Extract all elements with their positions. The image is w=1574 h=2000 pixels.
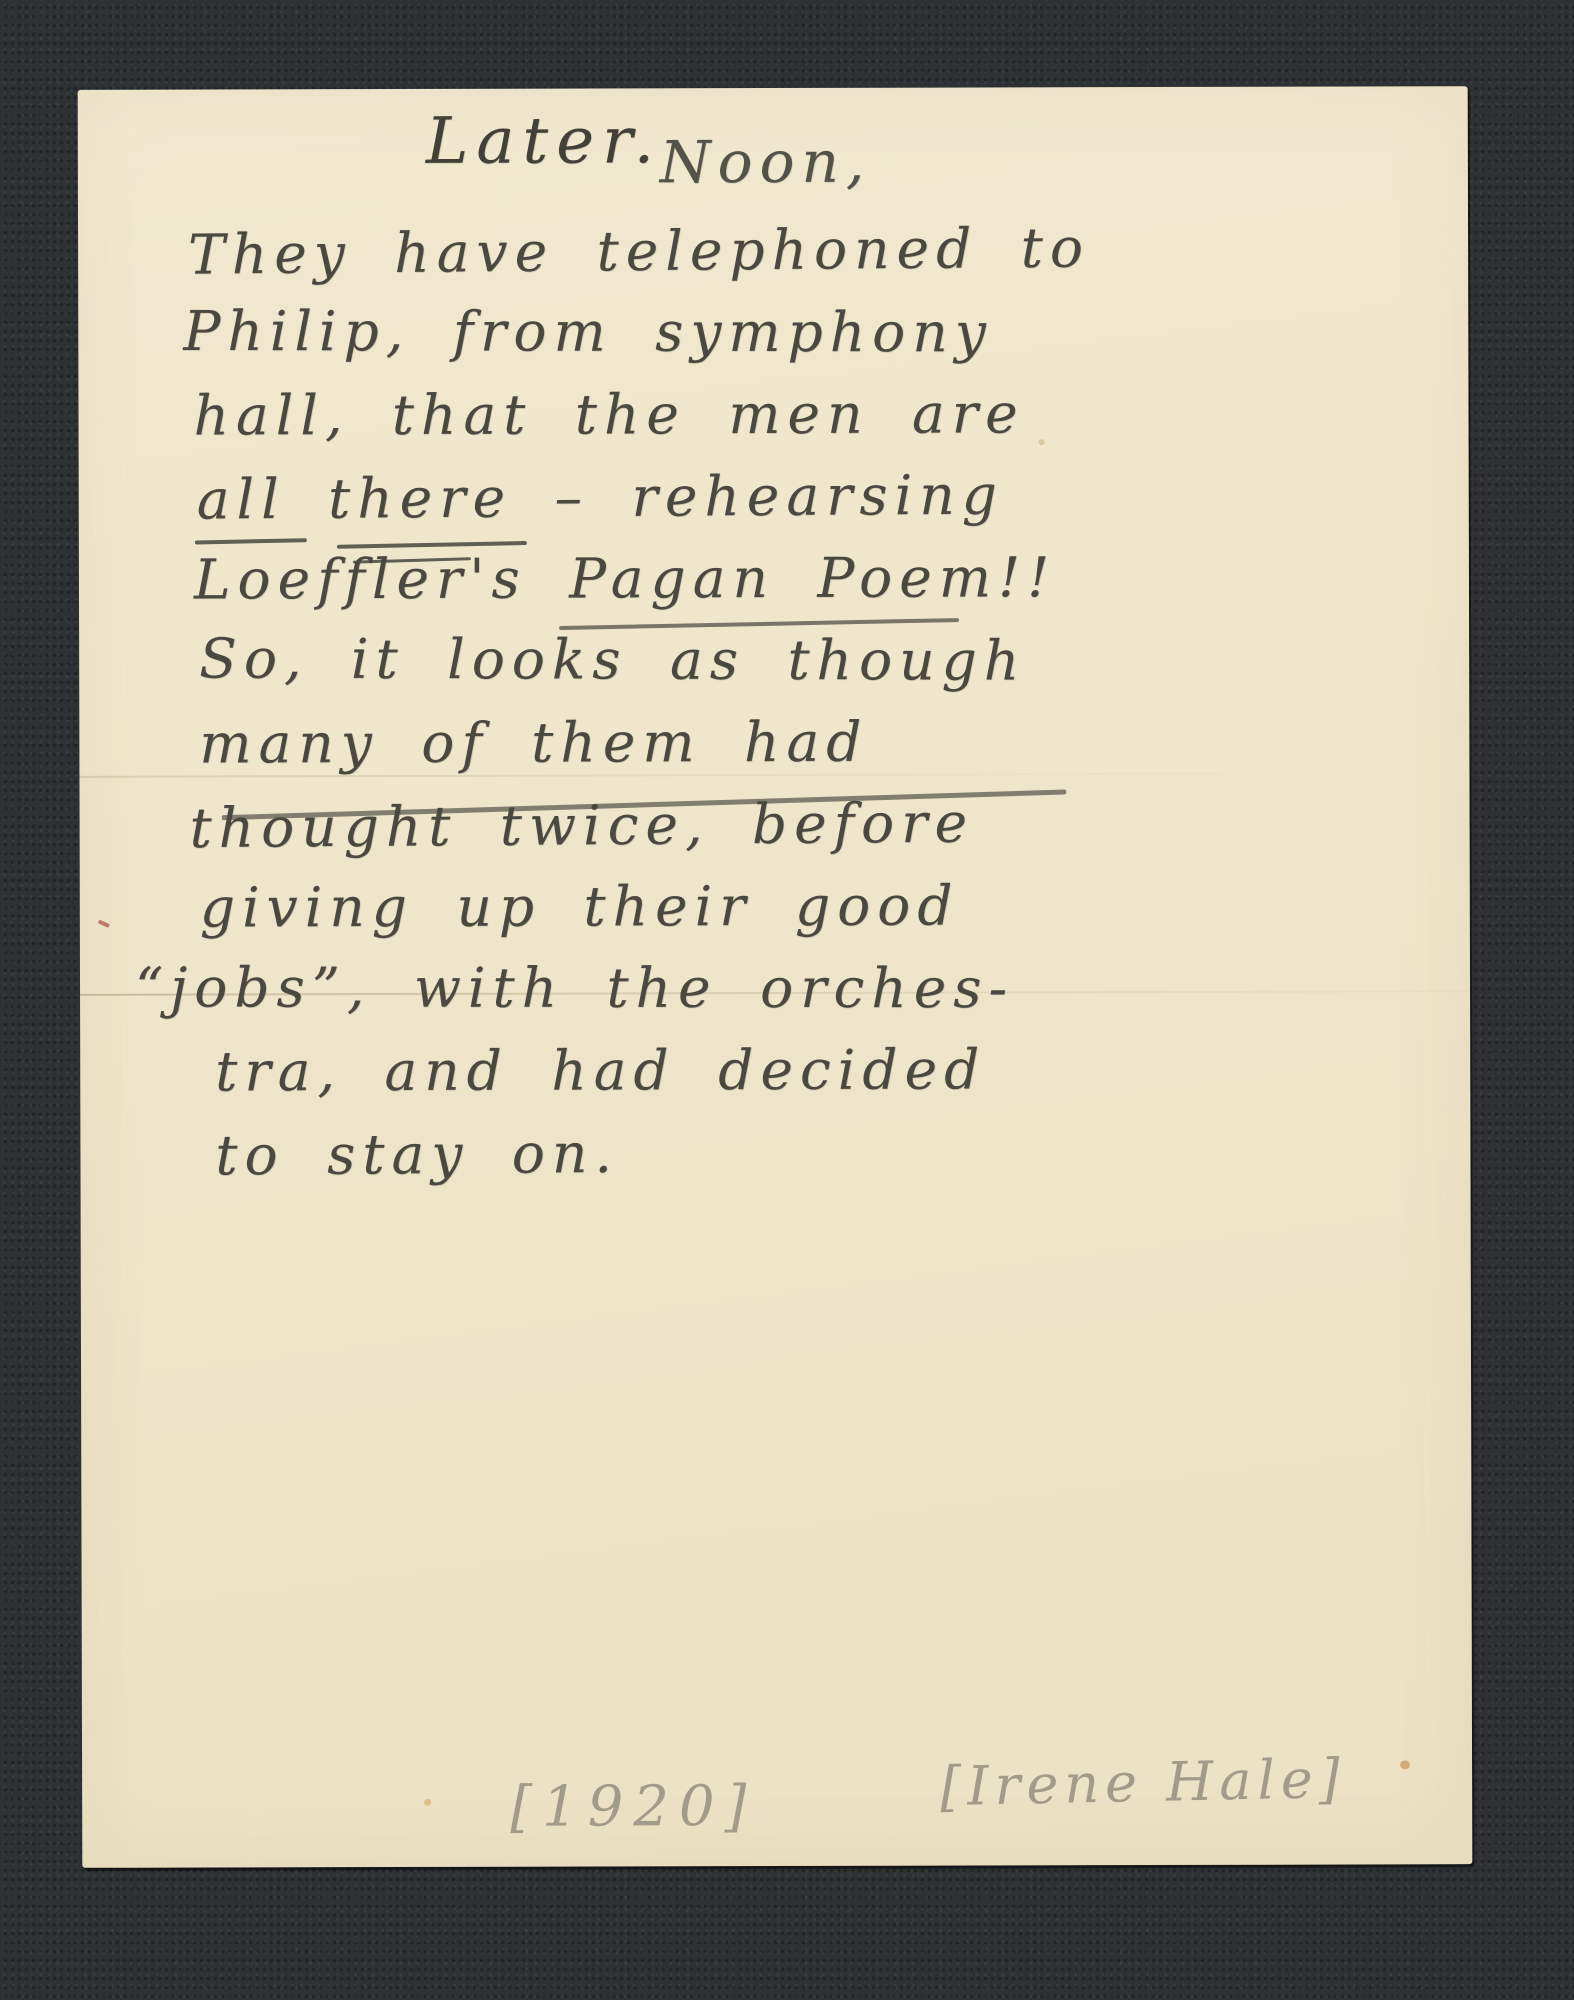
letter-line: hall, that the men are [78,380,1468,466]
letter-line: tra, and had decided [80,1036,1470,1122]
foxing-spot [1400,1760,1410,1769]
letter-line: “jobs”, with the orches- [80,955,1470,1038]
date-annotation: [1920] [510,1774,756,1840]
letter-line: all there – rehearsing [79,460,1469,550]
foxing-spot [424,1799,431,1806]
letter-line: Loeffler's Pagan Poem!! [79,544,1469,630]
letter-body: They have telephoned to Philip, from sym… [78,216,1471,1204]
foxing-spot [1039,439,1045,445]
photo-backdrop: Later. Noon, They have telephoned to Phi… [0,0,1574,2000]
letter-paper: Later. Noon, They have telephoned to Phi… [78,86,1473,1868]
letter-line: Philip, from symphony [78,299,1468,383]
letter-line: giving up their good [80,872,1470,958]
attribution-annotation: [Irene Hale] [940,1747,1347,1818]
letter-line: to stay on. [80,1116,1470,1206]
heading-noon: Noon, [660,128,872,197]
heading-later: Later. [426,104,662,179]
letter-line: They have telephoned to [78,213,1469,306]
letter-line: So, it looks as though [79,626,1469,712]
letter-line: many of them had [79,708,1469,794]
